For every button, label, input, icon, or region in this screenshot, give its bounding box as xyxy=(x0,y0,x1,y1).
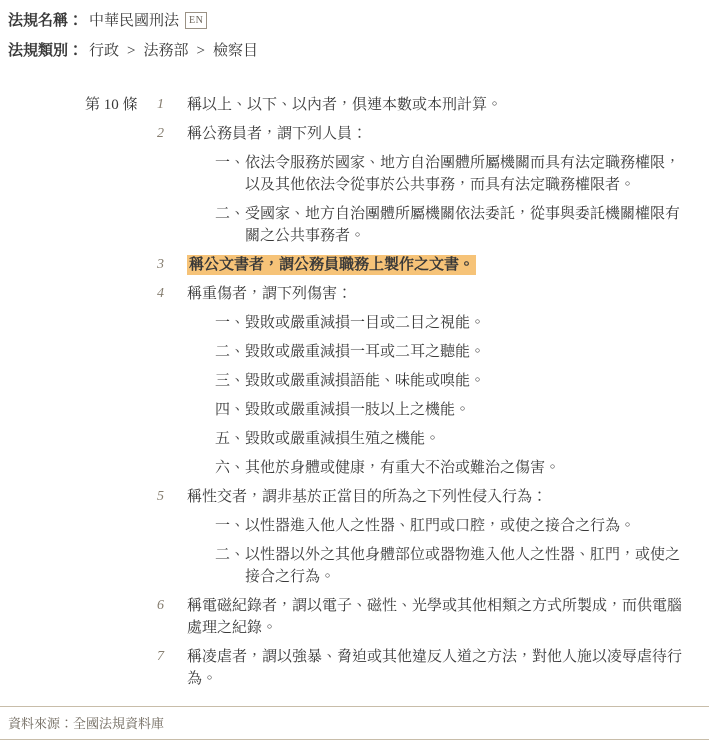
paragraph-text: 稱重傷者，謂下列傷害： xyxy=(187,283,690,305)
breadcrumb-item-ministry-of-justice[interactable]: 法務部 xyxy=(144,43,189,59)
breadcrumb-item-administration[interactable]: 行政 xyxy=(89,43,119,59)
list-item: 一、依法令服務於國家、地方自治團體所屬機關而具有法定職務權限，以及其他依法令從事… xyxy=(215,152,690,196)
list-item: 二、毀敗或嚴重減損一耳或二耳之聽能。 xyxy=(215,341,690,363)
law-name-value: 中華民國刑法 xyxy=(89,13,179,29)
paragraph-4: 4 稱重傷者，謂下列傷害： 一、毀敗或嚴重減損一目或二目之視能。 二、毀敗或嚴重… xyxy=(157,283,690,486)
law-name-label: 法規名稱： xyxy=(8,13,83,29)
law-category-row: 法規類別：行政>法務部>檢察目 xyxy=(8,40,709,62)
list-item: 二、以性器以外之其他身體部位或器物進入他人之性器、肛門，或使之接合之行為。 xyxy=(215,544,690,588)
breadcrumb-item-prosecution[interactable]: 檢察目 xyxy=(213,43,258,59)
list-item: 一、毀敗或嚴重減損一目或二目之視能。 xyxy=(215,312,690,334)
paragraph-number: 1 xyxy=(157,94,177,123)
paragraph-number: 6 xyxy=(157,595,177,646)
paragraph-6: 6 稱電磁紀錄者，謂以電子、磁性、光學或其他相類之方式所製成，而供電腦處理之紀錄… xyxy=(157,595,690,646)
page-footer: 資料來源：全國法規資料庫 xyxy=(0,706,709,740)
list-item: 五、毀敗或嚴重減損生殖之機能。 xyxy=(215,428,690,450)
paragraph-text: 稱性交者，謂非基於正當目的所為之下列性侵入行為： xyxy=(187,486,690,508)
breadcrumb-separator: > xyxy=(197,43,205,59)
law-category-label: 法規類別： xyxy=(8,43,83,59)
english-version-badge[interactable]: EN xyxy=(185,12,207,29)
law-name-row: 法規名稱：中華民國刑法EN xyxy=(8,10,709,32)
paragraph-text: 稱電磁紀錄者，謂以電子、磁性、光學或其他相類之方式所製成，而供電腦處理之紀錄。 xyxy=(187,595,690,639)
paragraph-text: 稱以上、以下、以內者，俱連本數或本刑計算。 xyxy=(187,94,690,116)
article-paragraphs: 1 稱以上、以下、以內者，俱連本數或本刑計算。 2 稱公務員者，謂下列人員： 一… xyxy=(157,94,690,697)
paragraph-3: 3 稱公文書者，謂公務員職務上製作之文書。 xyxy=(157,254,690,283)
search-highlight: 稱公文書者，謂公務員職務上製作之文書。 xyxy=(187,255,476,275)
list-item: 四、毀敗或嚴重減損一肢以上之機能。 xyxy=(215,399,690,421)
paragraph-5: 5 稱性交者，謂非基於正當目的所為之下列性侵入行為： 一、以性器進入他人之性器、… xyxy=(157,486,690,595)
paragraph-7: 7 稱凌虐者，謂以強暴、脅迫或其他違反人道之方法，對他人施以凌辱虐待行為。 xyxy=(157,646,690,697)
breadcrumb: 行政>法務部>檢察目 xyxy=(89,43,258,59)
list-item: 二、受國家、地方自治團體所屬機關依法委託，從事與委託機關權限有關之公共事務者。 xyxy=(215,203,690,247)
article-number: 第 10 條 xyxy=(85,94,157,697)
paragraph-1: 1 稱以上、以下、以內者，俱連本數或本刑計算。 xyxy=(157,94,690,123)
list-item: 六、其他於身體或健康，有重大不治或難治之傷害。 xyxy=(215,457,690,479)
paragraph-number: 2 xyxy=(157,123,177,254)
data-source-text: 資料來源：全國法規資料庫 xyxy=(0,707,709,739)
paragraph-number: 5 xyxy=(157,486,177,595)
breadcrumb-separator: > xyxy=(127,43,135,59)
list-item: 三、毀敗或嚴重減損語能、味能或嗅能。 xyxy=(215,370,690,392)
paragraph-2: 2 稱公務員者，謂下列人員： 一、依法令服務於國家、地方自治團體所屬機關而具有法… xyxy=(157,123,690,254)
paragraph-text-highlighted: 稱公文書者，謂公務員職務上製作之文書。 xyxy=(187,254,690,276)
paragraph-number: 4 xyxy=(157,283,177,486)
paragraph-text: 稱公務員者，謂下列人員： xyxy=(187,123,690,145)
paragraph-number: 3 xyxy=(157,254,177,283)
page-header: 法規名稱：中華民國刑法EN 法規類別：行政>法務部>檢察目 xyxy=(0,0,709,62)
paragraph-number: 7 xyxy=(157,646,177,697)
article-section: 第 10 條 1 稱以上、以下、以內者，俱連本數或本刑計算。 2 稱公務員者，謂… xyxy=(0,94,709,697)
list-item: 一、以性器進入他人之性器、肛門或口腔，或使之接合之行為。 xyxy=(215,515,690,537)
paragraph-text: 稱凌虐者，謂以強暴、脅迫或其他違反人道之方法，對他人施以凌辱虐待行為。 xyxy=(187,646,690,690)
